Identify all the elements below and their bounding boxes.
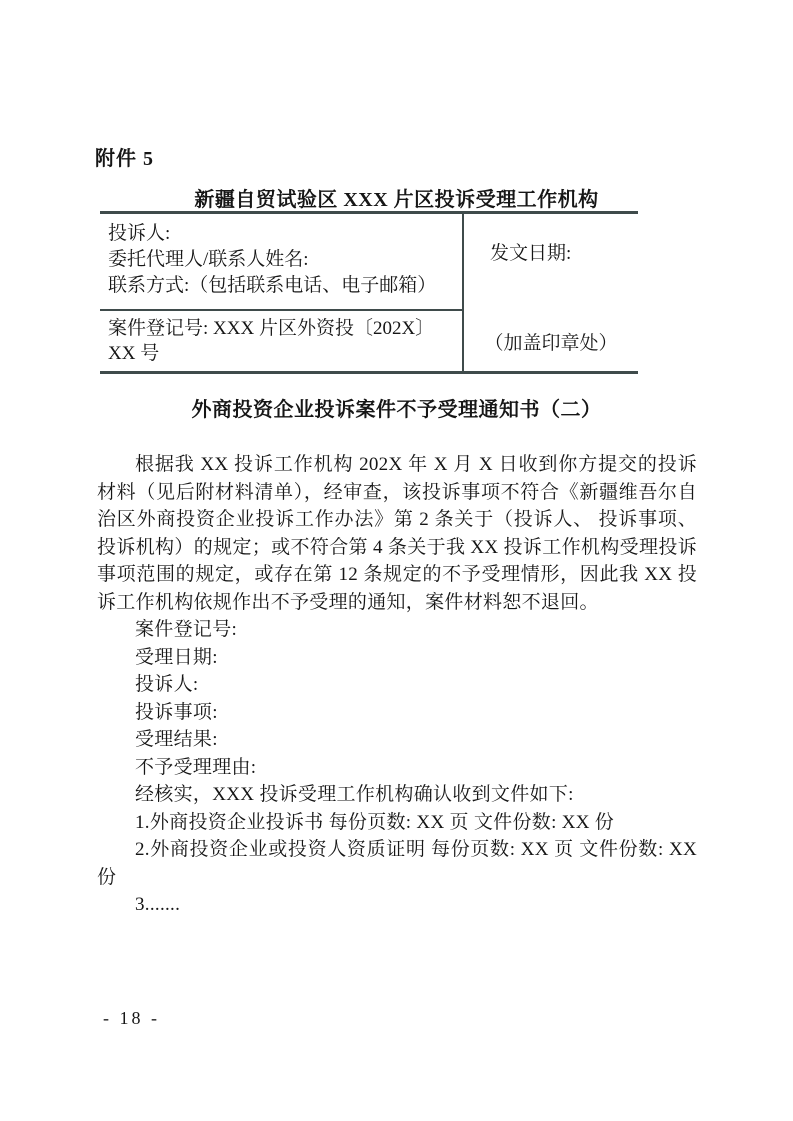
received-document-item-3: 3....... — [97, 891, 697, 919]
issue-date-cell: 发文日期: — [464, 214, 638, 311]
field-complaint-matter: 投诉事项: — [97, 699, 697, 727]
received-document-item-1: 1.外商投资企业投诉书 每份页数: XX 页 文件份数: XX 份 — [97, 809, 697, 837]
case-registration-number-cell: 案件登记号: XXX 片区外资投〔202X〕XX 号 — [100, 311, 464, 371]
received-documents-confirm-line: 经核实，XXX 投诉受理工作机构确认收到文件如下: — [97, 781, 697, 809]
main-paragraph: 根据我 XX 投诉工作机构 202X 年 X 月 X 日收到你方提交的投诉材料（… — [97, 451, 697, 616]
field-case-registration-number: 案件登记号: — [97, 616, 697, 644]
attachment-label: 附件 5 — [95, 142, 154, 171]
field-acceptance-date: 受理日期: — [97, 644, 697, 672]
complainant-info-cell: 投诉人: 委托代理人/联系人姓名: 联系方式:（包括联系电话、电子邮箱） — [100, 214, 464, 311]
notice-body: 根据我 XX 投诉工作机构 202X 年 X 月 X 日收到你方提交的投诉材料（… — [97, 451, 697, 919]
field-acceptance-result: 受理结果: — [97, 726, 697, 754]
complainant-label: 投诉人: — [108, 221, 458, 247]
notice-title: 外商投资企业投诉案件不予受理通知书（二） — [0, 393, 793, 422]
page-number: - 18 - — [103, 1008, 160, 1029]
agent-contact-name-label: 委托代理人/联系人姓名: — [108, 247, 458, 273]
header-info-table: 投诉人: 委托代理人/联系人姓名: 联系方式:（包括联系电话、电子邮箱） 发文日… — [100, 211, 638, 374]
received-document-item-2: 2.外商投资企业或投资人资质证明 每份页数: XX 页 文件份数: XX 份 — [97, 836, 697, 891]
receiving-organization-title: 新疆自贸试验区 XXX 片区投诉受理工作机构 — [0, 183, 793, 212]
scanned-document-page: 附件 5 新疆自贸试验区 XXX 片区投诉受理工作机构 投诉人: 委托代理人/联… — [0, 0, 793, 1121]
contact-method-label: 联系方式:（包括联系电话、电子邮箱） — [108, 273, 458, 299]
field-rejection-reason: 不予受理理由: — [97, 754, 697, 782]
field-complainant: 投诉人: — [97, 671, 697, 699]
seal-placeholder-cell: （加盖印章处） — [464, 311, 638, 371]
